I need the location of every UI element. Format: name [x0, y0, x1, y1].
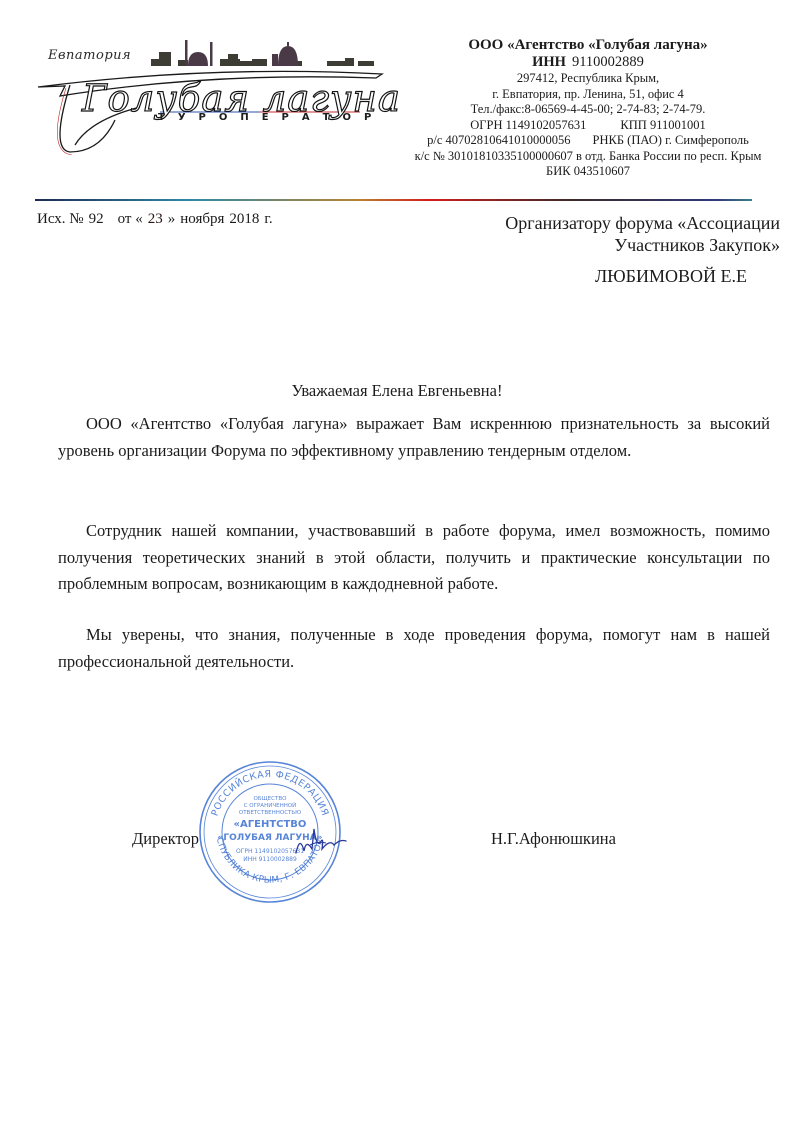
- outgoing-reference: Исх. №92от «23»ноября2018г.: [37, 211, 278, 228]
- outgoing-from: от «: [118, 211, 143, 227]
- inn-value: 9110002889: [572, 54, 644, 70]
- bank-name: РНКБ (ПАО) г. Симферополь: [593, 133, 749, 147]
- stamp-inn: ИНН 9110002889: [243, 856, 297, 863]
- header-divider: [35, 199, 752, 201]
- paragraph-1-text: ООО «Агентство «Голубая лагуна» выражает…: [58, 411, 770, 464]
- paragraph-3: Мы уверены, что знания, полученные в ход…: [58, 622, 770, 675]
- paragraph-1: ООО «Агентство «Голубая лагуна» выражает…: [58, 411, 770, 464]
- stamp-inner-line-2: С ОГРАНИЧЕННОЙ: [244, 802, 297, 809]
- bik: БИК 043510607: [390, 164, 786, 180]
- outgoing-year: 2018: [229, 211, 259, 227]
- paragraph-3-text: Мы уверены, что знания, полученные в ход…: [58, 622, 770, 675]
- address-line-2: г. Евпатория, пр. Ленина, 51, офис 4: [390, 87, 786, 103]
- addressee-name: ЛЮБИМОВОЙ Е.Е: [450, 265, 780, 287]
- greeting: Уважаемая Елена Евгеньевна!: [0, 381, 794, 401]
- paragraph-2-text: Сотрудник нашей компании, участвовавший …: [58, 518, 770, 598]
- outgoing-prefix: Исх. №: [37, 211, 84, 227]
- paragraph-2: Сотрудник нашей компании, участвовавший …: [58, 518, 770, 598]
- account-row: р/с 40702810641010000056РНКБ (ПАО) г. Си…: [390, 133, 786, 149]
- addressee-block: Организатору форума «Ассоциации Участник…: [450, 212, 780, 287]
- inn-row: ИНН9110002889: [390, 54, 786, 71]
- signer-position: Директор: [132, 829, 199, 849]
- outgoing-number: 92: [89, 211, 104, 227]
- outgoing-day: 23: [148, 211, 163, 227]
- kpp: КПП 911001001: [620, 118, 705, 132]
- settlement-account: р/с 40702810641010000056: [427, 133, 570, 147]
- logo-subtitle: ТУРОПЕРАТОР: [158, 112, 384, 123]
- correspondent-account: к/с № 30101810335100000607 в отд. Банка …: [390, 149, 786, 165]
- company-logo: Евпатория Голубая лагуна ТУРОПЕРАТОР: [30, 30, 390, 155]
- ogrn-kpp-row: ОГРН 1149102057631КПП 911001001: [390, 118, 786, 134]
- company-name: ООО «Агентство «Голубая лагуна»: [390, 37, 786, 54]
- company-requisites: ООО «Агентство «Голубая лагуна» ИНН91100…: [390, 37, 786, 180]
- phone-fax: Тел./факс:8-06569-4-45-00; 2-74-83; 2-74…: [390, 102, 786, 118]
- outgoing-close-quote: »: [168, 211, 176, 227]
- address-line-1: 297412, Республика Крым,: [390, 71, 786, 87]
- outgoing-month: ноября: [180, 211, 224, 227]
- addressee-line-2: Участников Закупок»: [450, 234, 780, 256]
- inn-label: ИНН: [532, 54, 566, 70]
- ogrn: ОГРН 1149102057631: [470, 118, 586, 132]
- logo-city-text: Евпатория: [48, 48, 131, 63]
- handwritten-signature-icon: [290, 815, 350, 865]
- signer-name: Н.Г.Афонюшкина: [491, 829, 616, 849]
- stamp-inner-line-1: ОБЩЕСТВО: [254, 796, 288, 802]
- outgoing-year-suffix: г.: [264, 211, 272, 227]
- addressee-line-1: Организатору форума «Ассоциации: [450, 212, 780, 234]
